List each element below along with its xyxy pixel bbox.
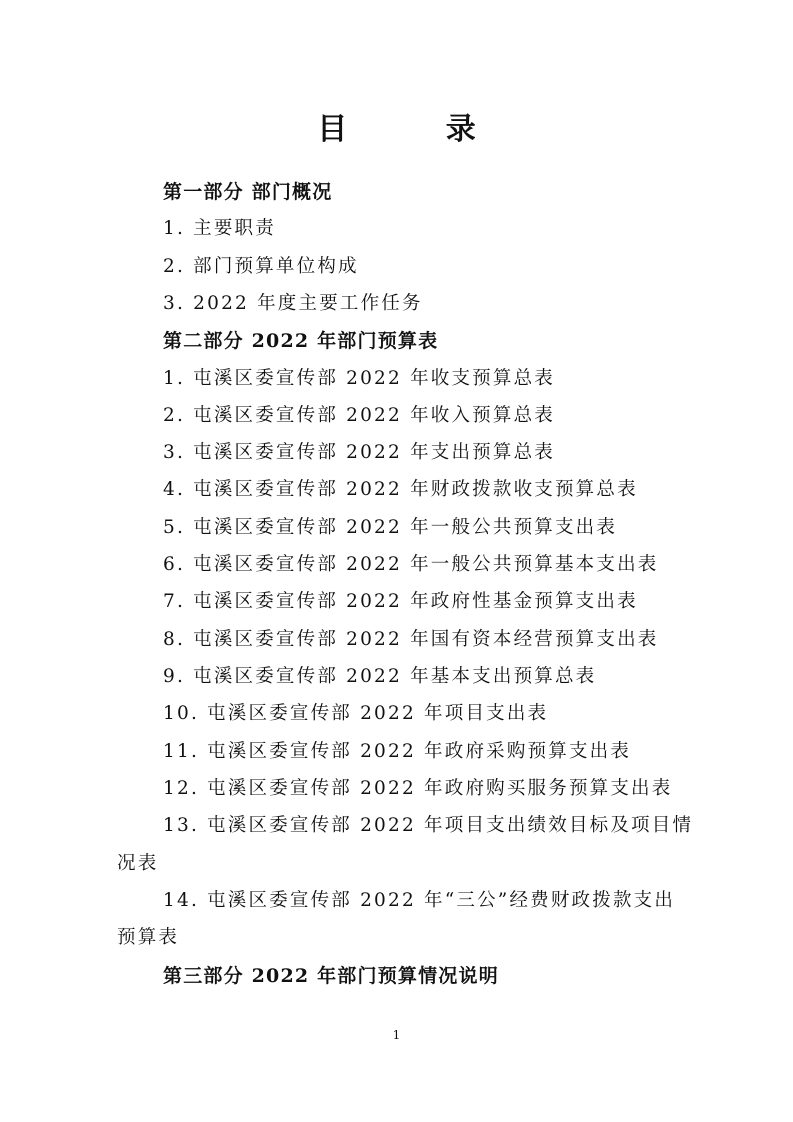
toc-item: 11. 屯溪区委宣传部 2022 年政府采购预算支出表 (163, 740, 631, 764)
toc-item: 8. 屯溪区委宣传部 2022 年国有资本经营预算支出表 (163, 628, 658, 652)
toc-part3-heading: 第三部分 2022 年部门预算情况说明 (163, 964, 499, 988)
page-number: 1 (0, 1028, 793, 1042)
toc-item: 2. 屯溪区委宣传部 2022 年收入预算总表 (163, 404, 555, 428)
toc-item: 3. 屯溪区委宣传部 2022 年支出预算总表 (163, 441, 555, 465)
toc-item: 3. 2022 年度主要工作任务 (163, 292, 423, 316)
toc-item: 7. 屯溪区委宣传部 2022 年政府性基金预算支出表 (163, 590, 638, 614)
page-title: 目 录 (0, 104, 793, 148)
toc-item: 4. 屯溪区委宣传部 2022 年财政拨款收支预算总表 (163, 478, 638, 502)
toc-item: 2. 部门预算单位构成 (163, 255, 359, 279)
toc-part2-heading: 第二部分 2022 年部门预算表 (163, 329, 438, 353)
toc-item-continuation: 预算表 (117, 926, 179, 950)
toc-item: 1. 主要职责 (163, 217, 276, 241)
toc-part1-heading: 第一部分 部门概况 (163, 180, 332, 204)
toc-item-continuation: 况表 (117, 852, 158, 876)
toc-item: 1. 屯溪区委宣传部 2022 年收支预算总表 (163, 367, 555, 391)
toc-item: 13. 屯溪区委宣传部 2022 年项目支出绩效目标及项目情 (163, 814, 693, 838)
toc-item: 5. 屯溪区委宣传部 2022 年一般公共预算支出表 (163, 516, 617, 540)
toc-item: 10. 屯溪区委宣传部 2022 年项目支出表 (163, 702, 548, 726)
toc-item: 12. 屯溪区委宣传部 2022 年政府购买服务预算支出表 (163, 777, 672, 801)
toc-item: 9. 屯溪区委宣传部 2022 年基本支出预算总表 (163, 665, 596, 689)
toc-item: 14. 屯溪区委宣传部 2022 年“三公”经费财政拨款支出 (163, 889, 675, 913)
toc-item: 6. 屯溪区委宣传部 2022 年一般公共预算基本支出表 (163, 553, 658, 577)
